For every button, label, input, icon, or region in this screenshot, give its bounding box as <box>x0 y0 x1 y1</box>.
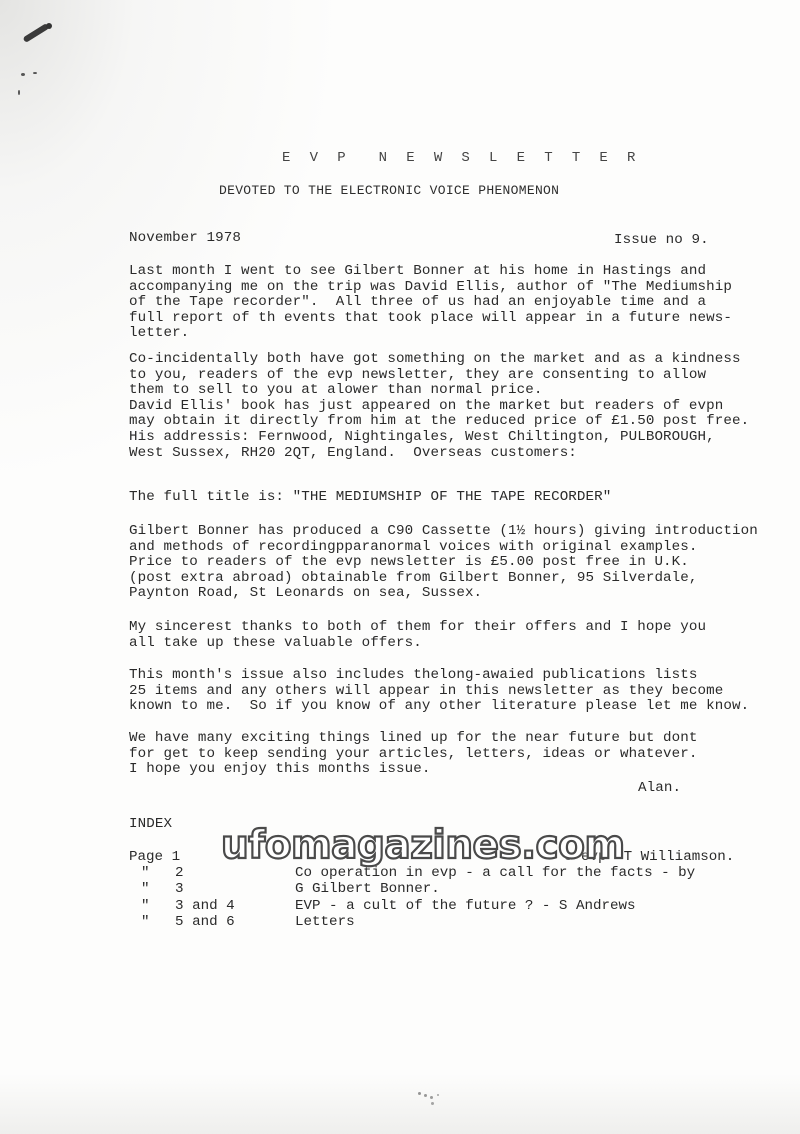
scan-speck <box>430 1096 433 1099</box>
body-line: We have many exciting things lined up fo… <box>129 731 698 746</box>
body-line: known to me. So if you know of any other… <box>129 699 749 714</box>
body-line: accompanying me on the trip was David El… <box>129 280 732 295</box>
body-line: full report of th events that took place… <box>129 311 732 326</box>
issue-number: Issue no 9. <box>614 233 709 248</box>
body-line: I hope you enjoy this months issue. <box>129 762 431 777</box>
body-line: to you, readers of the evp newsletter, t… <box>129 368 706 383</box>
body-line: Price to readers of the evp newsletter i… <box>129 555 689 570</box>
body-line: The full title is: "THE MEDIUMSHIP OF TH… <box>129 490 611 505</box>
index-page: " 5 and 6 <box>141 914 235 930</box>
issue-date: November 1978 <box>129 231 241 246</box>
index-title: Letters <box>295 914 355 930</box>
index-heading: INDEX <box>129 817 172 832</box>
scan-speck <box>46 23 52 29</box>
index-title: EVP - a cult of the future ? - S Andrews <box>295 898 636 914</box>
body-line: for get to keep sending your articles, l… <box>129 747 698 762</box>
body-line: His addressis: Fernwood, Nightingales, W… <box>129 430 715 445</box>
index-page: " 3 <box>141 881 184 897</box>
index-title: G Gilbert Bonner. <box>295 881 440 897</box>
body-line: West Sussex, RH20 2QT, England. Overseas… <box>129 446 577 461</box>
body-line: Gilbert Bonner has produced a C90 Casset… <box>129 524 758 539</box>
body-line: (post extra abroad) obtainable from Gilb… <box>129 571 698 586</box>
body-line: and methods of recordingpparanormal voic… <box>129 540 698 555</box>
body-line: Co-incidentally both have got something … <box>129 352 741 367</box>
body-line: all take up these valuable offers. <box>129 636 422 651</box>
newsletter-title: E V P N E W S L E T T E R <box>282 150 641 166</box>
body-line: This month's issue also includes thelong… <box>129 668 698 683</box>
body-line: David Ellis' book has just appeared on t… <box>129 399 723 414</box>
body-line: 25 items and any others will appear in t… <box>129 684 723 699</box>
body-line: may obtain it directly from him at the r… <box>129 414 749 429</box>
newsletter-subtitle: DEVOTED TO THE ELECTRONIC VOICE PHENOMEN… <box>219 183 559 198</box>
index-page: " 2 <box>141 865 184 881</box>
scan-speck <box>33 72 37 74</box>
scan-speck <box>424 1094 427 1097</box>
body-line: letter. <box>129 326 189 341</box>
index-page: Page 1 <box>129 849 180 865</box>
body-line: them to sell to you at alower than norma… <box>129 383 542 398</box>
body-line: My sincerest thanks to both of them for … <box>129 620 706 635</box>
signature: Alan. <box>638 781 681 796</box>
watermark: ufomagazines.com <box>221 826 625 866</box>
scan-speck <box>437 1094 439 1096</box>
scan-speck <box>431 1102 434 1105</box>
scan-speck <box>21 73 25 76</box>
scan-speck <box>418 1092 421 1095</box>
body-line: Paynton Road, St Leonards on sea, Sussex… <box>129 586 482 601</box>
body-line: of the Tape recorder". All three of us h… <box>129 295 706 310</box>
body-line: Last month I went to see Gilbert Bonner … <box>129 264 706 279</box>
index-page: " 3 and 4 <box>141 898 235 914</box>
scanned-page: E V P N E W S L E T T E R DEVOTED TO THE… <box>0 0 800 1134</box>
scan-speck <box>18 90 20 95</box>
